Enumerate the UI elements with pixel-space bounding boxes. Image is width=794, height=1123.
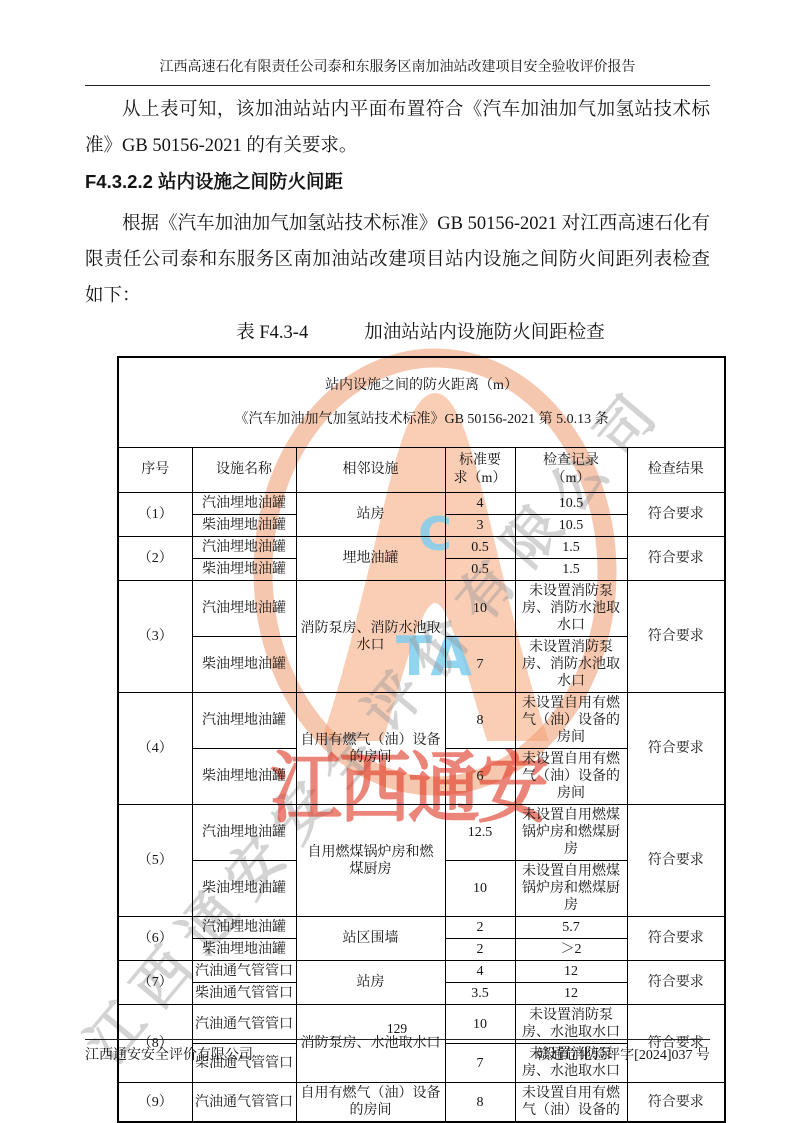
cell-record: 未设置自用有燃 气（油）设备的 房间 (515, 693, 627, 749)
table-row: （3）汽油埋地油罐消防泵房、消防水池取 水口10未设置消防泵 房、消防水池取 水… (118, 581, 725, 637)
cell-record: 1.5 (515, 559, 627, 581)
cell-facility: 汽油埋地油罐 (192, 693, 296, 749)
cell-facility: 柴油埋地油罐 (192, 637, 296, 693)
col-header-record: 检查记录 （m） (515, 448, 627, 493)
cell-record: 未设置自用燃煤 锅炉房和燃煤厨 房 (515, 861, 627, 917)
cell-record: 10.5 (515, 493, 627, 515)
table-caption-title: 加油站站内设施防火间距检查 (364, 323, 605, 343)
cell-adjacent: 埋地油罐 (296, 537, 445, 581)
cell-record: 12 (515, 961, 627, 983)
table-row: （5）汽油埋地油罐自用燃煤锅炉房和燃 煤厨房12.5未设置自用燃煤 锅炉房和燃煤… (118, 805, 725, 861)
cell-standard: 2 (445, 939, 515, 961)
table-row: （6）汽油埋地油罐站区围墙25.7符合要求 (118, 917, 725, 939)
cell-record: 未设置消防泵 房、消防水池取 水口 (515, 581, 627, 637)
table-row: （4）汽油埋地油罐自用有燃气（油）设备 的房间8未设置自用有燃 气（油）设备的 … (118, 693, 725, 749)
cell-facility: 柴油埋地油罐 (192, 515, 296, 537)
cell-standard: 10 (445, 581, 515, 637)
cell-record: 未设置自用燃煤 锅炉房和燃煤厨 房 (515, 805, 627, 861)
table-row: （7）汽油通气管管口站房412符合要求 (118, 961, 725, 983)
cell-result: 符合要求 (627, 805, 725, 917)
cell-record: 未设置消防泵 房、消防水池取 水口 (515, 637, 627, 693)
table-row: （2）汽油埋地油罐埋地油罐0.51.5符合要求 (118, 537, 725, 559)
cell-facility: 汽油埋地油罐 (192, 917, 296, 939)
cell-no: （5） (118, 805, 192, 917)
cell-adjacent: 消防泵房、消防水池取 水口 (296, 581, 445, 693)
fire-distance-table: 站内设施之间的防火距离（m） 《汽车加油加气加氢站技术标准》GB 50156-2… (117, 356, 726, 1123)
cell-no: （9） (118, 1083, 192, 1123)
table-column-header-row: 序号 设施名称 相邻设施 标准要 求（m） 检查记录 （m） 检查结果 (118, 448, 725, 493)
paragraph-basis: 根据《汽车加油加气加氢站技术标准》GB 50156-2021 对江西高速石化有限… (85, 206, 710, 314)
cell-record: 1.5 (515, 537, 627, 559)
cell-facility: 汽油埋地油罐 (192, 537, 296, 559)
page-header: 江西高速石化有限责任公司泰和东服务区南加油站改建项目安全验收评价报告 (85, 58, 710, 86)
cell-facility: 柴油埋地油罐 (192, 749, 296, 805)
cell-adjacent: 站房 (296, 493, 445, 537)
span-header-line2: 《汽车加油加气加氢站技术标准》GB 50156-2021 第 5.0.13 条 (120, 411, 723, 428)
cell-standard: 4 (445, 961, 515, 983)
cell-standard: 0.5 (445, 559, 515, 581)
cell-no: （3） (118, 581, 192, 693)
footer-doc-number: 赣通危化验评字[2024]037 号 (536, 1044, 710, 1064)
cell-facility: 柴油埋地油罐 (192, 559, 296, 581)
cell-standard: 7 (445, 637, 515, 693)
col-header-facility: 设施名称 (192, 448, 296, 493)
cell-facility: 汽油通气管管口 (192, 1083, 296, 1123)
col-header-result: 检查结果 (627, 448, 725, 493)
cell-facility: 汽油通气管管口 (192, 961, 296, 983)
cell-facility: 柴油通气管管口 (192, 983, 296, 1005)
cell-standard: 6 (445, 749, 515, 805)
cell-result: 符合要求 (627, 961, 725, 1005)
col-header-no: 序号 (118, 448, 192, 493)
report-title: 江西高速石化有限责任公司泰和东服务区南加油站改建项目安全验收评价报告 (160, 60, 636, 75)
cell-standard: 2 (445, 917, 515, 939)
cell-facility: 柴油埋地油罐 (192, 939, 296, 961)
page-number: 129 (0, 1021, 794, 1037)
cell-record: 12 (515, 983, 627, 1005)
cell-result: 符合要求 (627, 693, 725, 805)
table-span-header: 站内设施之间的防火距离（m） 《汽车加油加气加氢站技术标准》GB 50156-2… (118, 357, 725, 448)
cell-no: （7） (118, 961, 192, 1005)
span-header-line1: 站内设施之间的防火距离（m） (120, 377, 723, 394)
table-caption-label: 表 F4.3-4 (236, 323, 308, 343)
cell-record: 未设置自用有燃 气（油）设备的 房间 (515, 749, 627, 805)
cell-facility: 柴油埋地油罐 (192, 861, 296, 917)
page-footer: 江西通安安全评价有限公司 赣通危化验评字[2024]037 号 (85, 1039, 710, 1064)
cell-standard: 10 (445, 861, 515, 917)
cell-no: （6） (118, 917, 192, 961)
table-row: （1）汽油埋地油罐站房410.5符合要求 (118, 493, 725, 515)
cell-record: 未设置自用有燃 气（油）设备的 (515, 1083, 627, 1123)
section-heading: F4.3.2.2 站内设施之间防火间距 (85, 164, 710, 200)
page-content: 江西高速石化有限责任公司泰和东服务区南加油站改建项目安全验收评价报告 从上表可知… (0, 0, 794, 1123)
cell-standard: 3 (445, 515, 515, 537)
cell-result: 符合要求 (627, 1083, 725, 1123)
cell-record: ＞2 (515, 939, 627, 961)
cell-standard: 0.5 (445, 537, 515, 559)
cell-result: 符合要求 (627, 917, 725, 961)
document-page: C TA 江西通安安全评价有限公司 江西通安 江西高速石化有限责任公司泰和东服务… (0, 0, 794, 1123)
cell-result: 符合要求 (627, 537, 725, 581)
cell-result: 符合要求 (627, 581, 725, 693)
cell-no: （1） (118, 493, 192, 537)
cell-adjacent: 自用有燃气（油）设备 的房间 (296, 693, 445, 805)
paragraph-conclusion: 从上表可知，该加油站站内平面布置符合《汽车加油加气加氢站技术标准》GB 5015… (85, 92, 710, 164)
cell-facility: 汽油埋地油罐 (192, 493, 296, 515)
cell-standard: 12.5 (445, 805, 515, 861)
footer-company: 江西通安安全评价有限公司 (85, 1044, 253, 1064)
cell-adjacent: 自用燃煤锅炉房和燃 煤厨房 (296, 805, 445, 917)
cell-facility: 汽油埋地油罐 (192, 581, 296, 637)
cell-standard: 3.5 (445, 983, 515, 1005)
table-span-header-row: 站内设施之间的防火距离（m） 《汽车加油加气加氢站技术标准》GB 50156-2… (118, 357, 725, 448)
col-header-adjacent: 相邻设施 (296, 448, 445, 493)
cell-standard: 8 (445, 693, 515, 749)
cell-no: （2） (118, 537, 192, 581)
cell-no: （4） (118, 693, 192, 805)
cell-standard: 8 (445, 1083, 515, 1123)
cell-standard: 4 (445, 493, 515, 515)
col-header-standard: 标准要 求（m） (445, 448, 515, 493)
cell-adjacent: 自用有燃气（油）设备 的房间 (296, 1083, 445, 1123)
cell-result: 符合要求 (627, 493, 725, 537)
cell-adjacent: 站区围墙 (296, 917, 445, 961)
table-row: （9）汽油通气管管口自用有燃气（油）设备 的房间8未设置自用有燃 气（油）设备的… (118, 1083, 725, 1123)
cell-record: 5.7 (515, 917, 627, 939)
cell-record: 10.5 (515, 515, 627, 537)
cell-facility: 汽油埋地油罐 (192, 805, 296, 861)
table-caption: 表 F4.3-4加油站站内设施防火间距检查 (117, 318, 724, 348)
cell-adjacent: 站房 (296, 961, 445, 1005)
